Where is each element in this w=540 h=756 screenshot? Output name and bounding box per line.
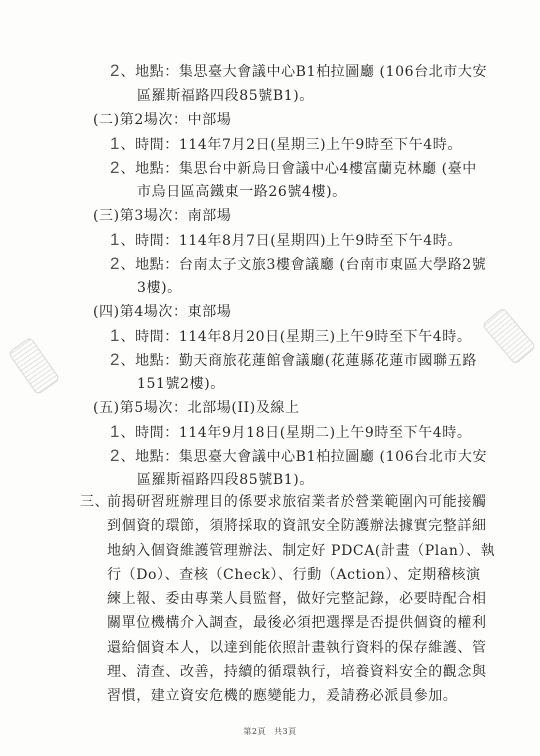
- page-footer: 第2頁共3頁: [0, 726, 540, 737]
- s5-item-1: 1、時間：114年9月18日(星期二)上午9時至下午4時。: [110, 422, 471, 443]
- para-line-1: 三、前揭研習班辦理目的係要求旅宿業者於營業範圍內可能接觸: [80, 490, 480, 514]
- section-heading-5: (五)第5場次：北部場(II)及線上: [93, 398, 300, 418]
- para-line-2: 到個資的環節，須將採取的資訊安全防護辦法據實完整詳細: [80, 514, 480, 538]
- page-total: 共3頁: [274, 727, 297, 736]
- para-marker: 三、: [80, 490, 107, 514]
- seal-stamp-left-icon: [8, 337, 61, 396]
- s4-item-2-line2: 151號2樓)。: [137, 374, 225, 394]
- paragraph-three: 三、前揭研習班辦理目的係要求旅宿業者於營業範圍內可能接觸 到個資的環節，須將採取…: [80, 490, 480, 709]
- s4-item-1: 1、時間：114年8月20日(星期三)上午9時至下午4時。: [110, 326, 471, 347]
- s5-item-2-line1: 2、地點：集思臺大會議中心B1柏拉圖廳 (106台北市大安: [110, 446, 487, 467]
- seal-stamp-right-icon: [482, 307, 537, 365]
- para-line-8: 理、清查、改善，持續的循環執行，培養資料安全的觀念與: [80, 660, 480, 684]
- s1-item-2-line2: 區羅斯福路四段85號B1)。: [137, 86, 314, 106]
- para-line-6: 關單位機構介入調查，最後必須把選擇是否提供個資的權利: [80, 611, 480, 635]
- s2-item-1: 1、時間：114年7月2日(星期三)上午9時至下午4時。: [110, 134, 462, 155]
- section-heading-3: (三)第3場次：南部場: [93, 206, 231, 226]
- s3-item-1: 1、時間：114年8月7日(星期四)上午9時至下午4時。: [110, 230, 462, 251]
- para-line-5: 練上報、委由專業人員監督，做好完整記錄，必要時配合相: [80, 587, 480, 611]
- para-line-3: 地納入個資維護管理辦法、制定好 PDCA(計畫（Plan）、執: [80, 539, 480, 563]
- para-line-7: 還給個資本人，以達到能依照計畫執行資料的保存維護、管: [80, 636, 480, 660]
- s4-item-2-line1: 2、地點：勤天商旅花蓮館會議廳(花蓮縣花蓮市國聯五路: [110, 350, 477, 371]
- s2-item-2-line2: 市烏日區高鐵東一路26號4樓)。: [137, 182, 347, 202]
- section-heading-2: (二)第2場次：中部場: [93, 110, 231, 130]
- page-number: 第2頁: [243, 727, 266, 736]
- para-line-4: 行（Do）、查核（Check）、行動（Action）、定期稽核演: [80, 563, 480, 587]
- s1-item-2-line1: 2、地點：集思臺大會議中心B1柏拉圖廳 (106台北市大安: [110, 61, 487, 82]
- s5-item-2-line2: 區羅斯福路四段85號B1)。: [137, 470, 314, 490]
- para-line-9: 習慣，建立資安危機的應變能力，爰請務必派員參加。: [80, 684, 480, 708]
- s3-item-2-line1: 2、地點：台南太子文旅3樓會議廳 (台南市東區大學路2號: [110, 254, 486, 275]
- s2-item-2-line1: 2、地點：集思台中新烏日會議中心4樓富蘭克林廳 (臺中: [110, 158, 477, 179]
- section-heading-4: (四)第4場次：東部場: [93, 302, 231, 322]
- s3-item-2-line2: 3樓)。: [137, 278, 182, 298]
